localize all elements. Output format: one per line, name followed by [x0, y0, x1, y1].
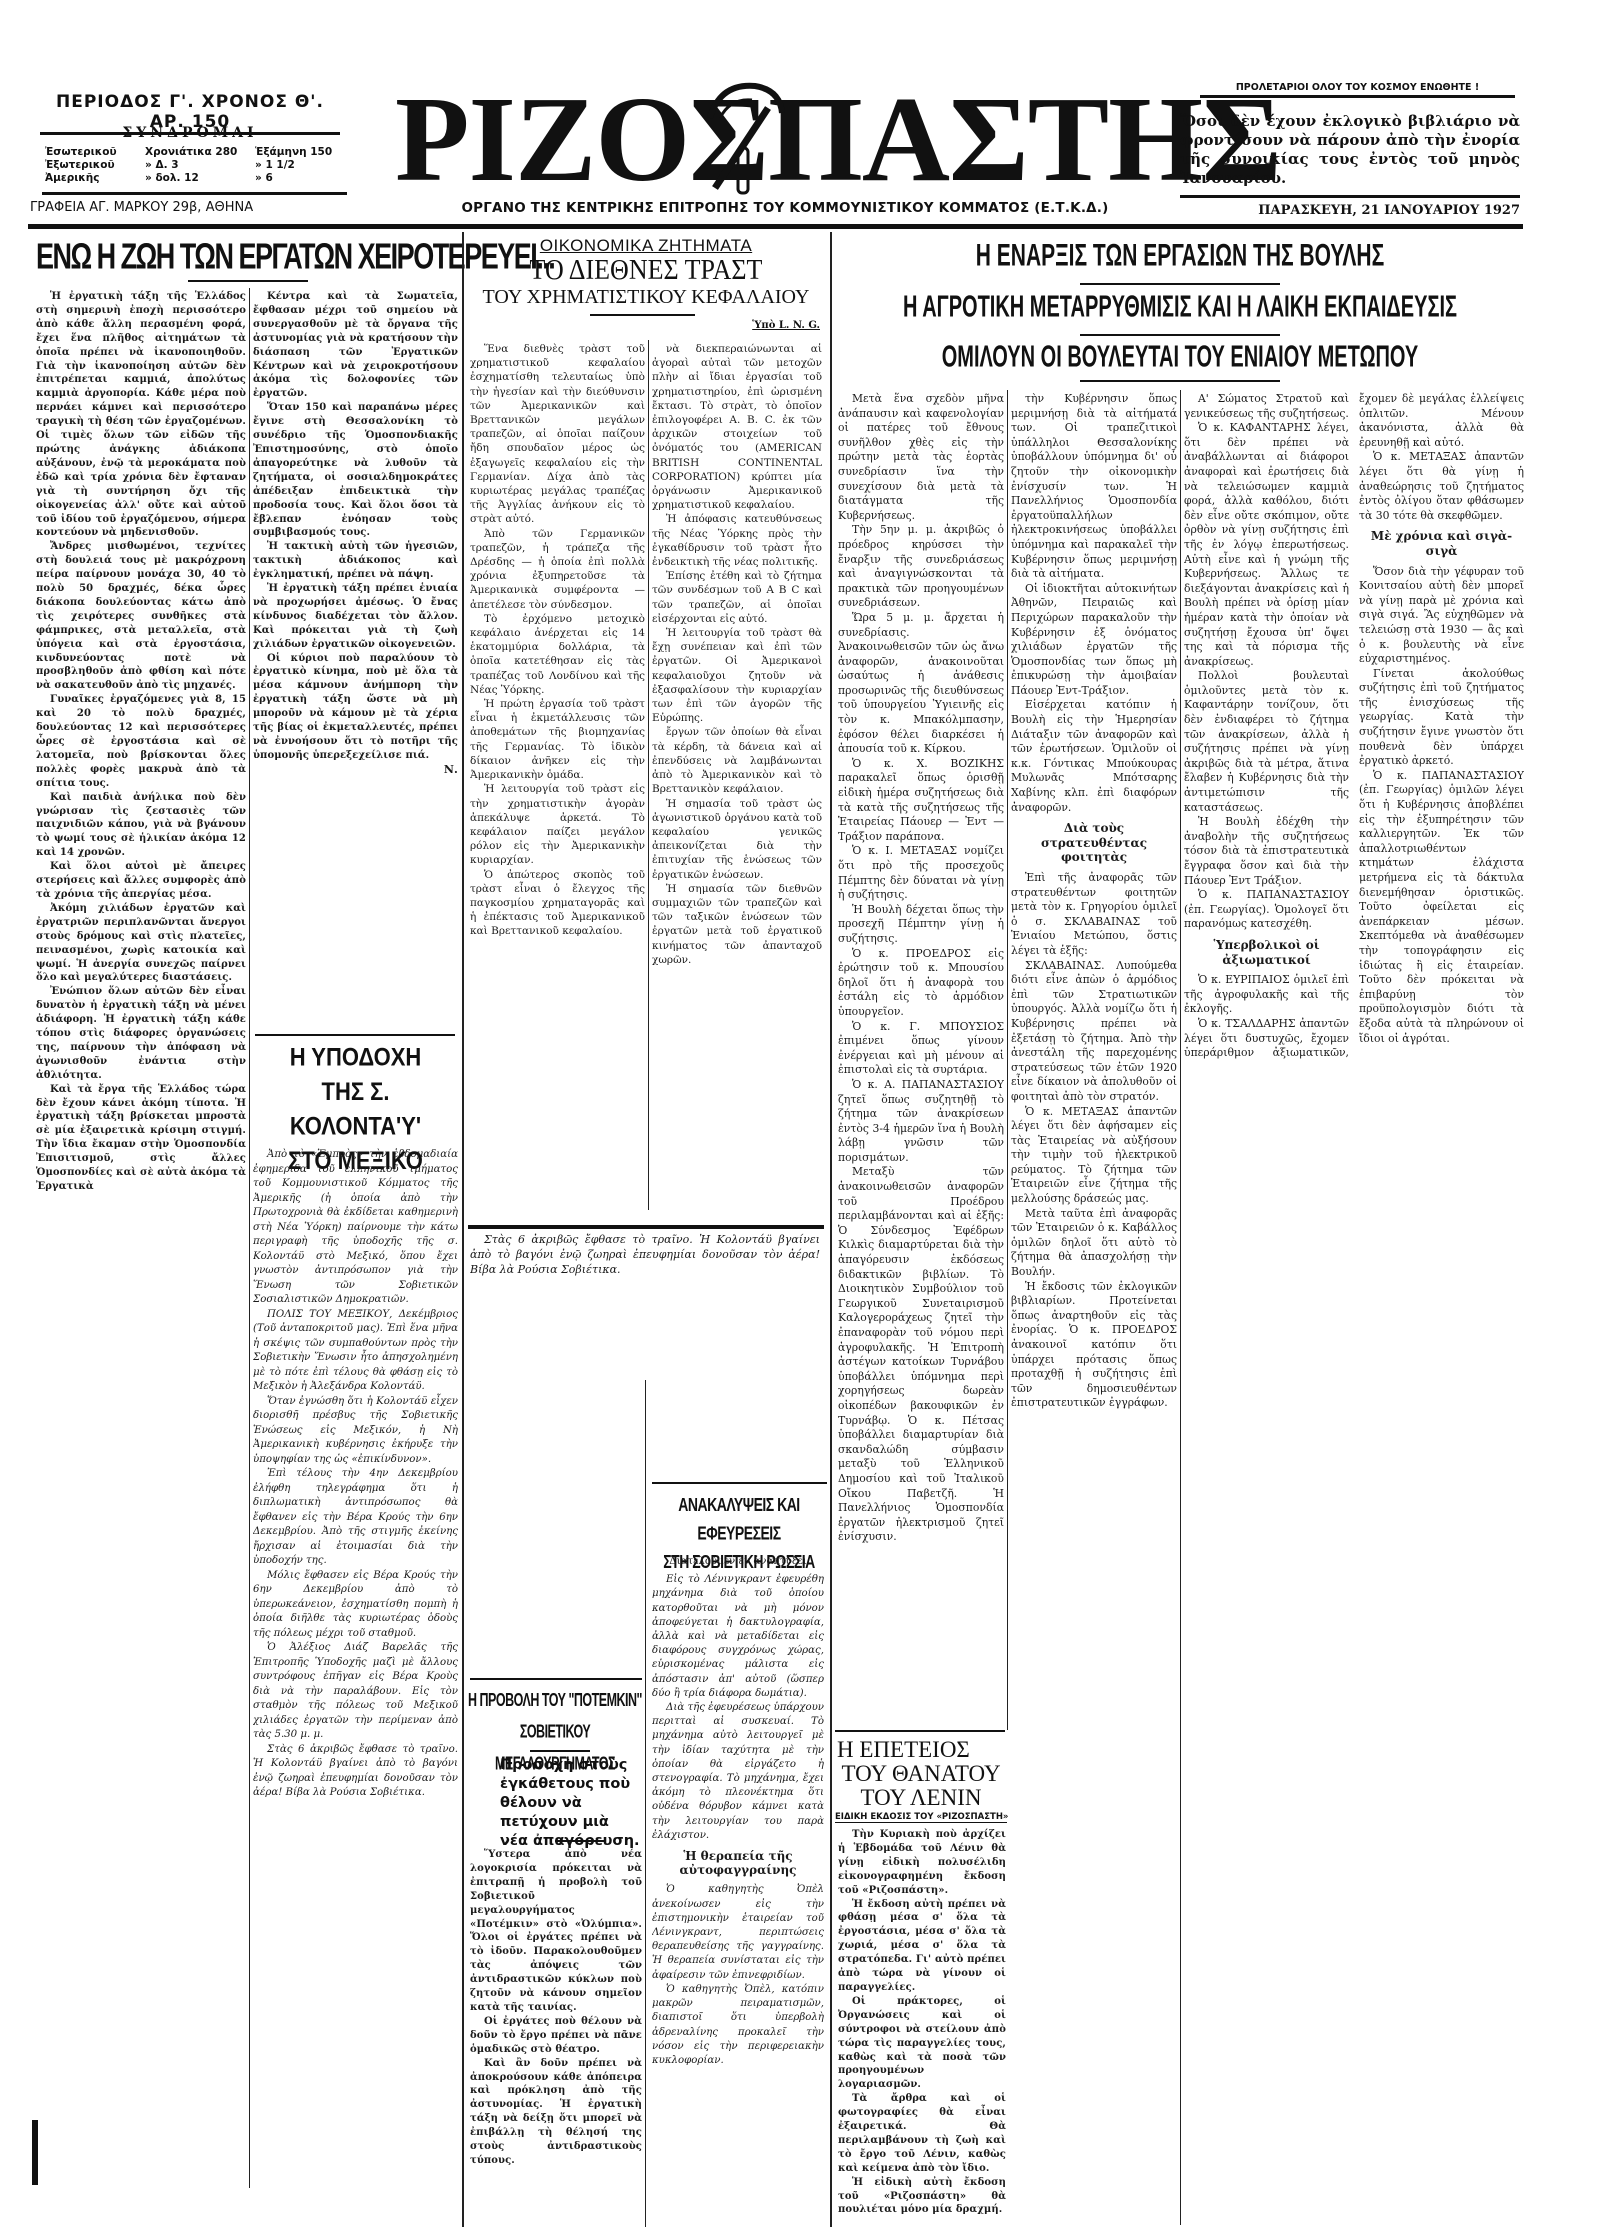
subscription-row: Ἀμερικῆς» δολ. 12» 6	[45, 172, 345, 185]
inventions-article: Διατελοῦμεν ἐν ἀνάπτυξει Εἰς τὸ Λένινγκρ…	[652, 1555, 824, 2225]
trust-headline-line2: ΤΟΥ ΧΡΗΜΑΤΙΣΤΙΚΟΥ ΚΕΦΑΛΑΙΟΥ	[466, 284, 826, 310]
slogan: ΠΡΟΛΕΤΑΡΙΟΙ ΟΛΟΥ ΤΟΥ ΚΟΣΜΟΥ ΕΝΩΘΗΤΕ !	[1200, 82, 1515, 98]
parliament-headline: Η ΕΝΑΡΞΙΣ ΤΩΝ ΕΡΓΑΣΙΩΝ ΤΗΣ ΒΟΥΛΗΣ	[835, 240, 1525, 273]
offices-address: ΓΡΑΦΕΙΑ ΑΓ. ΜΑΡΚΟΥ 29β, ΑΘΗΝΑ	[30, 200, 360, 215]
hammer-sickle-icon	[690, 78, 790, 198]
potemkin-article: Ὕστερα ἀπὸ νέα λογοκρισία πρόκειται νὰ ἐ…	[470, 1848, 642, 2223]
parliament-subhead-officers: Ὑπερβολικοὶ οἱ ἀξιωματικοί	[1184, 938, 1349, 967]
potemkin-deck: Προσοχὴ στοὺς ἐγκάθετους ποὺ θέλουν νὰ π…	[500, 1756, 640, 1851]
parliament-headline-line3: ΟΜΙΛΟΥΝ ΟΙ ΒΟΥΛΕΥΤΑΙ ΤΟΥ ΕΝΙΑΙΟΥ ΜΕΤΩΠΟΥ	[835, 340, 1525, 374]
inventions-subhead: Διατελοῦμεν ἐν ἀνάπτυξει	[652, 1555, 824, 1569]
voter-notice: Ὅσοι δὲν ἔχουν ἐκλογικὸ βιβλιάριο νὰ φρο…	[1180, 112, 1520, 188]
parliament-article-col2: τὴν Κυβέρνησιν ὅπως μεριμνήσῃ διὰ τὰ αἰτ…	[1011, 392, 1177, 2224]
workers-article-col1: Ἡ ἐργατικὴ τάξη τῆς Ἑλλάδος στὴ σημερινὴ…	[36, 290, 246, 2220]
subscriptions-title: ΣΥΝΔΡΟΜΑΙ	[40, 125, 340, 141]
parliament-headline-line2: Η ΑΓΡΟΤΙΚΗ ΜΕΤΑΡΡΥΘΜΙΣΙΣ ΚΑΙ Η ΛΑΙΚΗ ΕΚΠ…	[835, 290, 1525, 324]
margin-mark	[32, 2120, 38, 2185]
kollontai-article-continued: Στὰς 6 ἀκριβῶς ἔφθασε τὸ τραῖνο. Ἡ Κολον…	[470, 1232, 820, 1382]
kollontai-article: Ἀπὸ τὸ «Ἐμπρὸς» τὴν ἑβδομαδιαία ἐφημερίδ…	[253, 1148, 458, 2223]
lenin-headline: Η ΕΠΕΤΕΙΟΣ ΤΟΥ ΘΑΝΑΤΟΥ ΤΟΥ ΛΕΝΙΝ	[833, 1738, 1009, 1810]
subscription-row: Ἐξωτερικοῦ» Δ. 3» 1 1/2	[45, 159, 345, 172]
organ-subtitle: ΟΡΓΑΝΟ ΤΗΣ ΚΕΝΤΡΙΚΗΣ ΕΠΙΤΡΟΠΗΣ ΤΟΥ ΚΟΜΜΟ…	[370, 200, 1200, 216]
parliament-article-col1: Μετὰ ἕνα σχεδὸν μῆνα ἀνάπαυσιν καὶ καφεν…	[838, 392, 1004, 1732]
parliament-article-col3: Α' Σώματος Στρατοῦ καὶ γενικεύσεως τῆς σ…	[1184, 392, 1524, 2092]
trust-article-col2: νὰ διεκπεραιώνωνται αἱ ἀγοραὶ αὐταὶ τῶν …	[652, 342, 822, 1212]
parliament-subhead-slowly: Μὲ χρόνια καὶ σιγὰ-σιγὰ	[1359, 529, 1524, 558]
subscription-row: ἘσωτερικοῦΧρονιάτικα 280Ἑξάμηνη 150	[45, 146, 345, 159]
trust-byline: Ὑπὸ L. N. G.	[700, 320, 820, 331]
workers-headline: ΕΝΩ Η ΖΩΗ ΤΩΝ ΕΡΓΑΤΩΝ ΧΕΙΡΟΤΕΡΕΥΕΙ...	[36, 236, 456, 278]
subscriptions-table: ἘσωτερικοῦΧρονιάτικα 280Ἑξάμηνη 150 Ἐξωτ…	[45, 146, 345, 185]
trust-article-col1: Ἕνα διεθνὲς τρὰστ τοῦ χρηματιστικοῦ κεφα…	[470, 342, 645, 1212]
trust-headline: ΤΟ ΔΙΕΘΝΕΣ ΤΡΑΣΤ	[466, 255, 826, 286]
issue-date: ΠΑΡΑΣΚΕΥΗ, 21 ΙΑΝΟΥΑΡΙΟΥ 1927	[1180, 203, 1520, 218]
article-signature: Ν.	[253, 763, 458, 777]
workers-article-col2: Κέντρα καὶ τὰ Σωματεῖα, ἔφθασαν μέχρι το…	[253, 290, 458, 1015]
lenin-article: Τὴν Κυριακὴ ποὺ ἀρχίζει ἡ Ἑβδομάδα τοῦ Λ…	[838, 1828, 1006, 2223]
lenin-kicker: ΕΙΔΙΚΗ ΕΚΔΟΣΙΣ ΤΟΥ «ΡΙΖΟΣΠΑΣΤΗ»	[835, 1812, 1007, 1823]
inventions-subhead-gangrene: Ἡ θεραπεία τῆς αὐτοφαγγραίνης	[652, 1849, 824, 1877]
parliament-subhead-students: Διὰ τοὺς στρατευθέντας φοιτητὰς	[1011, 821, 1177, 865]
